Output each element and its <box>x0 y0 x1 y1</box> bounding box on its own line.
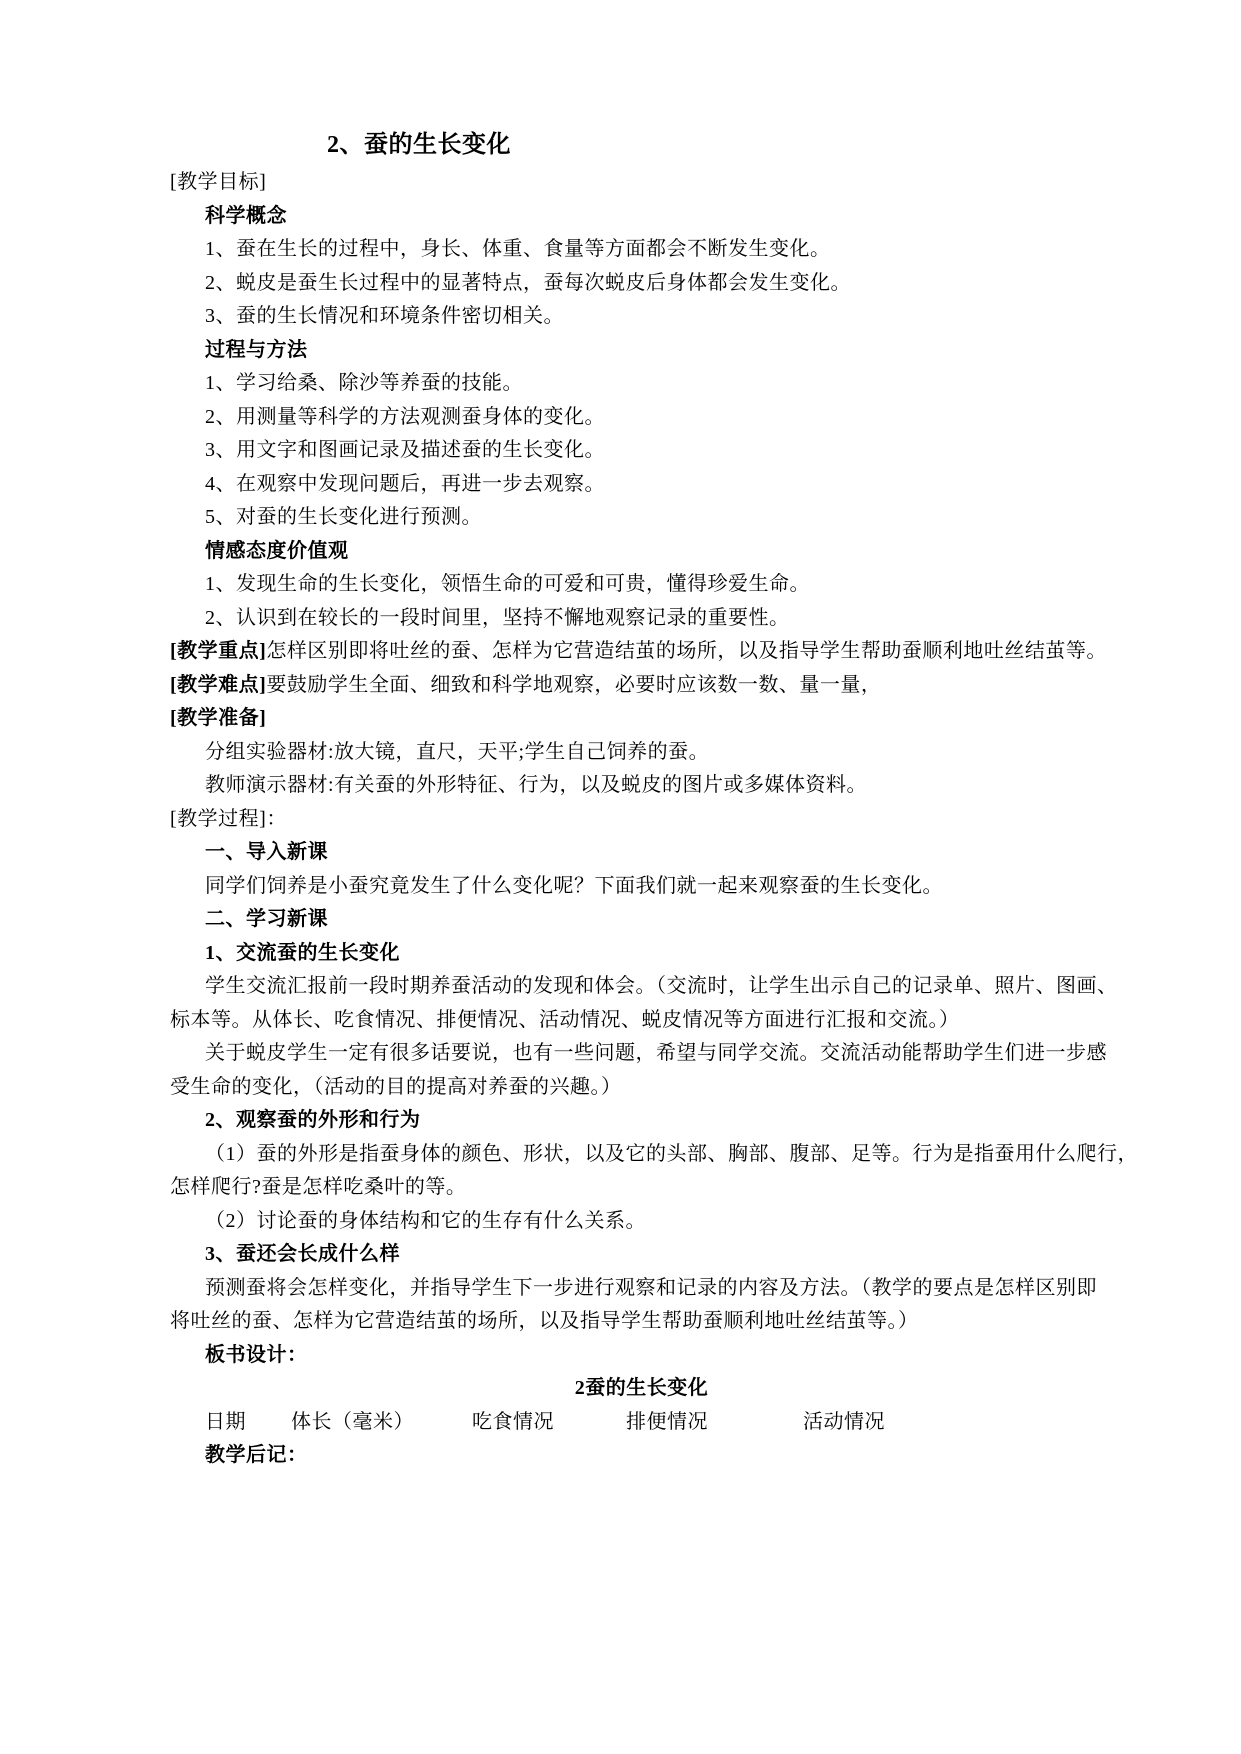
heading-text: 板书设计： <box>205 1344 308 1366</box>
document-body: [教学目标]科学概念1、蚕在生长的过程中，身长、体重、食量等方面都会不断发生变化… <box>170 166 1113 1473</box>
heading-exchange-growth: 1、交流蚕的生长变化 <box>170 937 1113 971</box>
body-text: 3、用文字和图画记录及描述蚕的生长变化。 <box>205 439 605 461</box>
doc-line: 学生交流汇报前一段时期养蚕活动的发现和体会。（交流时，让学生出示自己的记录单、照… <box>170 970 1113 1004</box>
section-teaching-objectives: [教学目标] <box>170 166 1113 200</box>
table-column-header: 活动情况 <box>803 1406 885 1440</box>
doc-line: 关于蜕皮学生一定有很多话要说，也有一些问题，希望与同学交流。交流活动能帮助学生们… <box>170 1037 1113 1071</box>
heading-text: 2蚕的生长变化 <box>575 1377 709 1399</box>
heading-teaching-postscript: 教学后记： <box>170 1439 1113 1473</box>
section-teaching-difficulties: [教学难点]要鼓励学生全面、细致和科学地观察，必要时应该数一数、量一量， <box>170 669 1113 703</box>
heading-text: 3、蚕还会长成什么样 <box>205 1243 400 1265</box>
doc-line: 预测蚕将会怎样变化，并指导学生下一步进行观察和记录的内容及方法。（教学的要点是怎… <box>170 1272 1113 1306</box>
body-text: 要鼓励学生全面、细致和科学地观察，必要时应该数一数、量一量， <box>266 674 881 696</box>
doc-line: 分组实验器材:放大镜，直尺，天平;学生自己饲养的蚕。 <box>170 736 1113 770</box>
heading-text: 过程与方法 <box>205 339 308 361</box>
body-text: 5、对蚕的生长变化进行预测。 <box>205 506 482 528</box>
body-text: 4、在观察中发现问题后，再进一步去观察。 <box>205 473 605 495</box>
doc-line: （2）讨论蚕的身体结构和它的生存有什么关系。 <box>170 1205 1113 1239</box>
body-text: 关于蜕皮学生一定有很多话要说，也有一些问题，希望与同学交流。交流活动能帮助学生们… <box>205 1042 1107 1064</box>
heading-text: 二、学习新课 <box>205 908 328 930</box>
blackboard-title: 2蚕的生长变化 <box>170 1372 1113 1406</box>
heading-text: 1、交流蚕的生长变化 <box>205 942 400 964</box>
doc-line: 3、用文字和图画记录及描述蚕的生长变化。 <box>170 434 1113 468</box>
document-page: 2、蚕的生长变化 [教学目标]科学概念1、蚕在生长的过程中，身长、体重、食量等方… <box>0 0 1241 1754</box>
body-text: [教学过程]： <box>170 808 287 830</box>
body-text: 怎样爬行?蚕是怎样吃桑叶的等。 <box>170 1176 466 1198</box>
heading-text: 一、导入新课 <box>205 841 328 863</box>
body-text: 2、蜕皮是蚕生长过程中的显著特点，蚕每次蜕皮后身体都会发生变化。 <box>205 272 851 294</box>
section-teaching-key-points: [教学重点]怎样区别即将吐丝的蚕、怎样为它营造结茧的场所，以及指导学生帮助蚕顺利… <box>170 635 1113 669</box>
heading-emotional-values: 情感态度价值观 <box>170 535 1113 569</box>
body-text: 2、用测量等科学的方法观测蚕身体的变化。 <box>205 406 605 428</box>
body-text: 受生命的变化，（活动的目的提高对养蚕的兴趣。） <box>170 1076 622 1098</box>
section-teaching-preparation: [教学准备] <box>170 702 1113 736</box>
heading-observe-appearance: 2、观察蚕的外形和行为 <box>170 1104 1113 1138</box>
table-column-header: 体长（毫米） <box>291 1406 414 1440</box>
body-text: 怎样区别即将吐丝的蚕、怎样为它营造结茧的场所，以及指导学生帮助蚕顺利地吐丝结茧等… <box>266 640 1107 662</box>
heading-text: 科学概念 <box>205 205 287 227</box>
section-teaching-process: [教学过程]： <box>170 803 1113 837</box>
doc-line: 1、发现生命的生长变化，领悟生命的可爱和可贵，懂得珍爱生命。 <box>170 568 1113 602</box>
doc-line: 标本等。从体长、吃食情况、排便情况、活动情况、蜕皮情况等方面进行汇报和交流。） <box>170 1004 1113 1038</box>
body-text: （1）蚕的外形是指蚕身体的颜色、形状，以及它的头部、胸部、腹部、足等。行为是指蚕… <box>205 1143 1138 1165</box>
doc-line: 3、蚕的生长情况和环境条件密切相关。 <box>170 300 1113 334</box>
table-column-header: 排便情况 <box>626 1406 708 1440</box>
heading-science-concepts: 科学概念 <box>170 200 1113 234</box>
heading-process-methods: 过程与方法 <box>170 334 1113 368</box>
body-text: 2、认识到在较长的一段时间里，坚持不懈地观察记录的重要性。 <box>205 607 790 629</box>
heading-text: [教学准备] <box>170 707 266 729</box>
body-text: 1、发现生命的生长变化，领悟生命的可爱和可贵，懂得珍爱生命。 <box>205 573 810 595</box>
doc-line: （1）蚕的外形是指蚕身体的颜色、形状，以及它的头部、胸部、腹部、足等。行为是指蚕… <box>170 1138 1113 1172</box>
body-text: 同学们饲养是小蚕究竟发生了什么变化呢？下面我们就一起来观察蚕的生长变化。 <box>205 875 943 897</box>
body-text: 分组实验器材:放大镜，直尺，天平;学生自己饲养的蚕。 <box>205 741 709 763</box>
doc-line: 4、在观察中发现问题后，再进一步去观察。 <box>170 468 1113 502</box>
body-text: 1、学习给桑、除沙等养蚕的技能。 <box>205 372 523 394</box>
body-text: 将吐丝的蚕、怎样为它营造结茧的场所，以及指导学生帮助蚕顺利地吐丝结茧等。） <box>170 1310 919 1332</box>
page-title: 2、蚕的生长变化 <box>170 124 1113 166</box>
heading-learn-new-lesson: 二、学习新课 <box>170 903 1113 937</box>
body-text: 学生交流汇报前一段时期养蚕活动的发现和体会。（交流时，让学生出示自己的记录单、照… <box>205 975 1118 997</box>
table-column-header: 日期 <box>205 1406 246 1440</box>
heading-text: 情感态度价值观 <box>205 540 349 562</box>
body-text: 预测蚕将会怎样变化，并指导学生下一步进行观察和记录的内容及方法。（教学的要点是怎… <box>205 1277 1097 1299</box>
body-text: 教师演示器材:有关蚕的外形特征、行为，以及蜕皮的图片或多媒体资料。 <box>205 774 867 796</box>
doc-line: 2、蜕皮是蚕生长过程中的显著特点，蚕每次蜕皮后身体都会发生变化。 <box>170 267 1113 301</box>
heading-intro-new-lesson: 一、导入新课 <box>170 836 1113 870</box>
body-text: （2）讨论蚕的身体结构和它的生存有什么关系。 <box>205 1210 646 1232</box>
doc-line: 5、对蚕的生长变化进行预测。 <box>170 501 1113 535</box>
doc-line: 1、学习给桑、除沙等养蚕的技能。 <box>170 367 1113 401</box>
doc-line: 2、认识到在较长的一段时间里，坚持不懈地观察记录的重要性。 <box>170 602 1113 636</box>
document-content: 2、蚕的生长变化 [教学目标]科学概念1、蚕在生长的过程中，身长、体重、食量等方… <box>170 124 1113 1473</box>
body-text: [教学目标] <box>170 171 266 193</box>
heading-what-will-grow: 3、蚕还会长成什么样 <box>170 1238 1113 1272</box>
body-text: 1、蚕在生长的过程中，身长、体重、食量等方面都会不断发生变化。 <box>205 238 831 260</box>
doc-line: 同学们饲养是小蚕究竟发生了什么变化呢？下面我们就一起来观察蚕的生长变化。 <box>170 870 1113 904</box>
doc-line: 2、用测量等科学的方法观测蚕身体的变化。 <box>170 401 1113 435</box>
heading-blackboard-design: 板书设计： <box>170 1339 1113 1373</box>
body-text: 3、蚕的生长情况和环境条件密切相关。 <box>205 305 564 327</box>
section-label: [教学难点] <box>170 674 266 696</box>
section-label: [教学重点] <box>170 640 266 662</box>
doc-line: 将吐丝的蚕、怎样为它营造结茧的场所，以及指导学生帮助蚕顺利地吐丝结茧等。） <box>170 1305 1113 1339</box>
blackboard-table-header-row: 日期体长（毫米）吃食情况排便情况活动情况 <box>170 1406 1113 1440</box>
table-column-header: 吃食情况 <box>472 1406 554 1440</box>
doc-line: 1、蚕在生长的过程中，身长、体重、食量等方面都会不断发生变化。 <box>170 233 1113 267</box>
doc-line: 怎样爬行?蚕是怎样吃桑叶的等。 <box>170 1171 1113 1205</box>
body-text: 标本等。从体长、吃食情况、排便情况、活动情况、蜕皮情况等方面进行汇报和交流。） <box>170 1009 960 1031</box>
heading-text: 2、观察蚕的外形和行为 <box>205 1109 421 1131</box>
heading-text: 教学后记： <box>205 1444 308 1466</box>
doc-line: 教师演示器材:有关蚕的外形特征、行为，以及蜕皮的图片或多媒体资料。 <box>170 769 1113 803</box>
doc-line: 受生命的变化，（活动的目的提高对养蚕的兴趣。） <box>170 1071 1113 1105</box>
